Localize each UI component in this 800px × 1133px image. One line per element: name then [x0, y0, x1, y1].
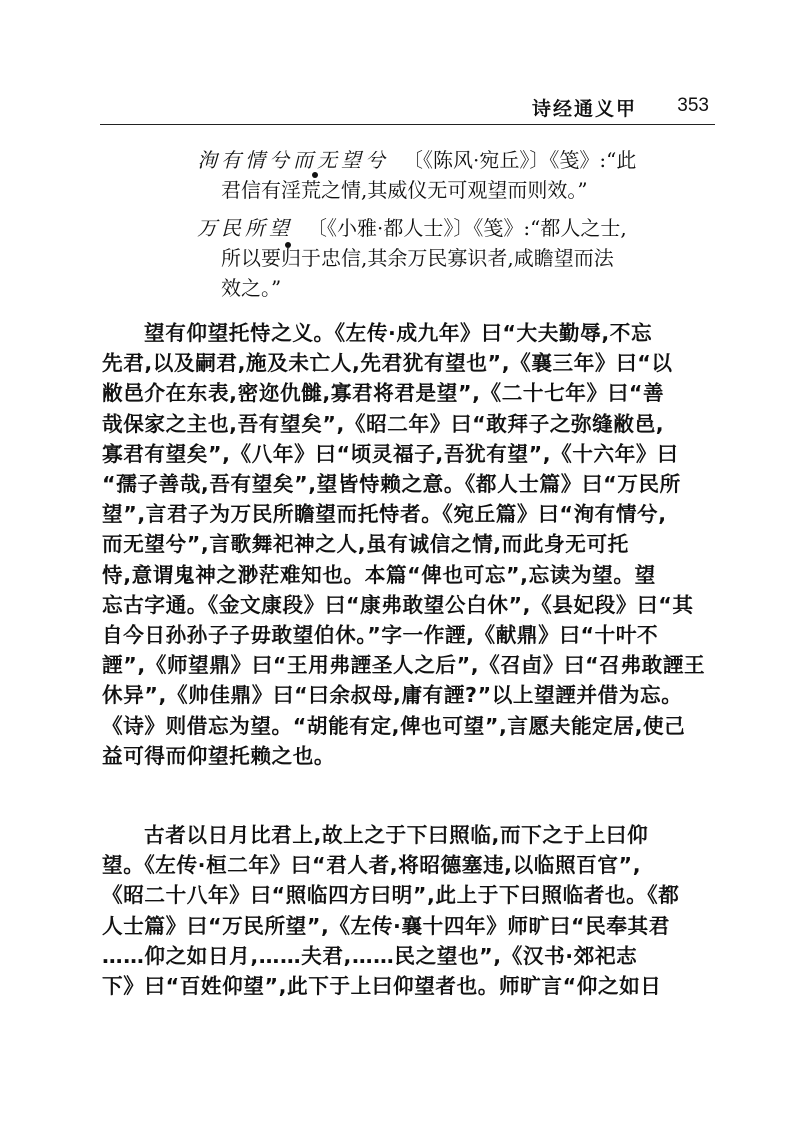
text-line: 寡君有望矣”,《八年》曰“顷灵福子,吾犹有望”,《十六年》曰	[102, 439, 722, 469]
paragraph: 望有仰望托恃之义。《左传·成九年》曰“大夫勤辱,不忘 先君,以及嗣君,施及未亡人…	[102, 318, 722, 771]
text-line: 《诗》则借忘为望。“胡能有定,俾也可望”,言愿夫能定居,使己	[102, 711, 722, 741]
text-line: 人士篇》曰“万民所望”,《左传·襄十四年》师旷曰“民奉其君	[102, 911, 722, 941]
gloss-line: 君信有淫荒之情,其威仪无可观望而则效。”	[197, 175, 722, 205]
text-line: 先君,以及嗣君,施及未亡人,先君犹有望也”,《襄三年》曰“以	[102, 348, 722, 378]
text-line: 哉保家之主也,吾有望矣”,《昭二年》曰“敢拜子之弥缝敝邑,	[102, 409, 722, 439]
text-line: 《昭二十八年》曰“照临四方曰明”,此上于下曰照临者也。《都	[102, 880, 722, 910]
running-title: 诗经通义甲	[532, 94, 637, 121]
gloss-entry: 万民所望〔《小雅·都人士》〕《笺》:“都人之士, 所以要归于忠信,其余万民寡识者…	[197, 213, 722, 303]
text-line: 敝邑介在东表,密迩仇雠,寡君将君是望”,《二十七年》曰“善	[102, 378, 722, 408]
text-line: 望。《左传·桓二年》曰“君人者,将昭德塞违,以临照百官”,	[102, 850, 722, 880]
page-number: 353	[677, 95, 709, 117]
text-line: 諲”,《师望鼎》曰“王用弗諲圣人之后”,《召卣》曰“召弗敢諲王	[102, 650, 722, 680]
book-page: 诗经通义甲 353 洵有情兮而无望兮〔《陈风·宛丘》〕《笺》:“此 君信有淫荒之…	[0, 0, 800, 1133]
gloss-text: 〔《陈风·宛丘》〕《笺》:“此	[403, 148, 636, 172]
emphasis-dot	[312, 172, 318, 178]
gloss-line: 万民所望〔《小雅·都人士》〕《笺》:“都人之士,	[197, 213, 722, 243]
gloss-line: 效之。”	[197, 273, 722, 303]
gloss-text: 〔《小雅·都人士》〕《笺》:“都人之士,	[307, 216, 627, 240]
gloss-lemma: 万民所望	[197, 216, 293, 240]
gloss-entry: 洵有情兮而无望兮〔《陈风·宛丘》〕《笺》:“此 君信有淫荒之情,其威仪无可观望而…	[197, 145, 722, 205]
text-line: 自今日孙孙子子毋敢望伯休。”字一作諲,《献鼎》曰“十叶不	[102, 620, 722, 650]
text-line: 望”,言君子为万民所瞻望而托恃者。《宛丘篇》曰“洵有情兮,	[102, 499, 722, 529]
gloss-line: 洵有情兮而无望兮〔《陈风·宛丘》〕《笺》:“此	[197, 145, 722, 175]
text-line: ……仰之如日月,……夫君,……民之望也”,《汉书·郊祀志	[102, 941, 722, 971]
text-line: 休异”,《帅佳鼎》曰“曰余叔母,庸有諲?”以上望諲并借为忘。	[102, 680, 722, 710]
header-rule	[100, 124, 715, 125]
emphasis-dot	[285, 242, 291, 248]
text-line: 忘古字通。《金文康段》曰“康弗敢望公白休”,《县妃段》曰“其	[102, 590, 722, 620]
text-line: 恃,意谓鬼神之渺茫难知也。本篇“俾也可忘”,忘读为望。望	[102, 560, 722, 590]
text-line: 古者以日月比君上,故上之于下曰照临,而下之于上曰仰	[102, 820, 722, 850]
gloss-line: 所以要归于忠信,其余万民寡识者,咸瞻望而法	[197, 243, 722, 273]
gloss-lemma: 洵有情兮而无望兮	[197, 148, 389, 172]
running-head: 诗经通义甲 353	[100, 86, 715, 126]
paragraph: 古者以日月比君上,故上之于下曰照临,而下之于上曰仰 望。《左传·桓二年》曰“君人…	[102, 820, 722, 1001]
text-line: 望有仰望托恃之义。《左传·成九年》曰“大夫勤辱,不忘	[102, 318, 722, 348]
text-line: 下》曰“百姓仰望”,此下于上曰仰望者也。师旷言“仰之如日	[102, 971, 722, 1001]
text-line: 而无望兮”,言歌舞祀神之人,虽有诚信之情,而此身无可托	[102, 529, 722, 559]
text-line: 益可得而仰望托赖之也。	[102, 741, 722, 771]
text-line: “孺子善哉,吾有望矣”,望皆恃赖之意。《都人士篇》曰“万民所	[102, 469, 722, 499]
